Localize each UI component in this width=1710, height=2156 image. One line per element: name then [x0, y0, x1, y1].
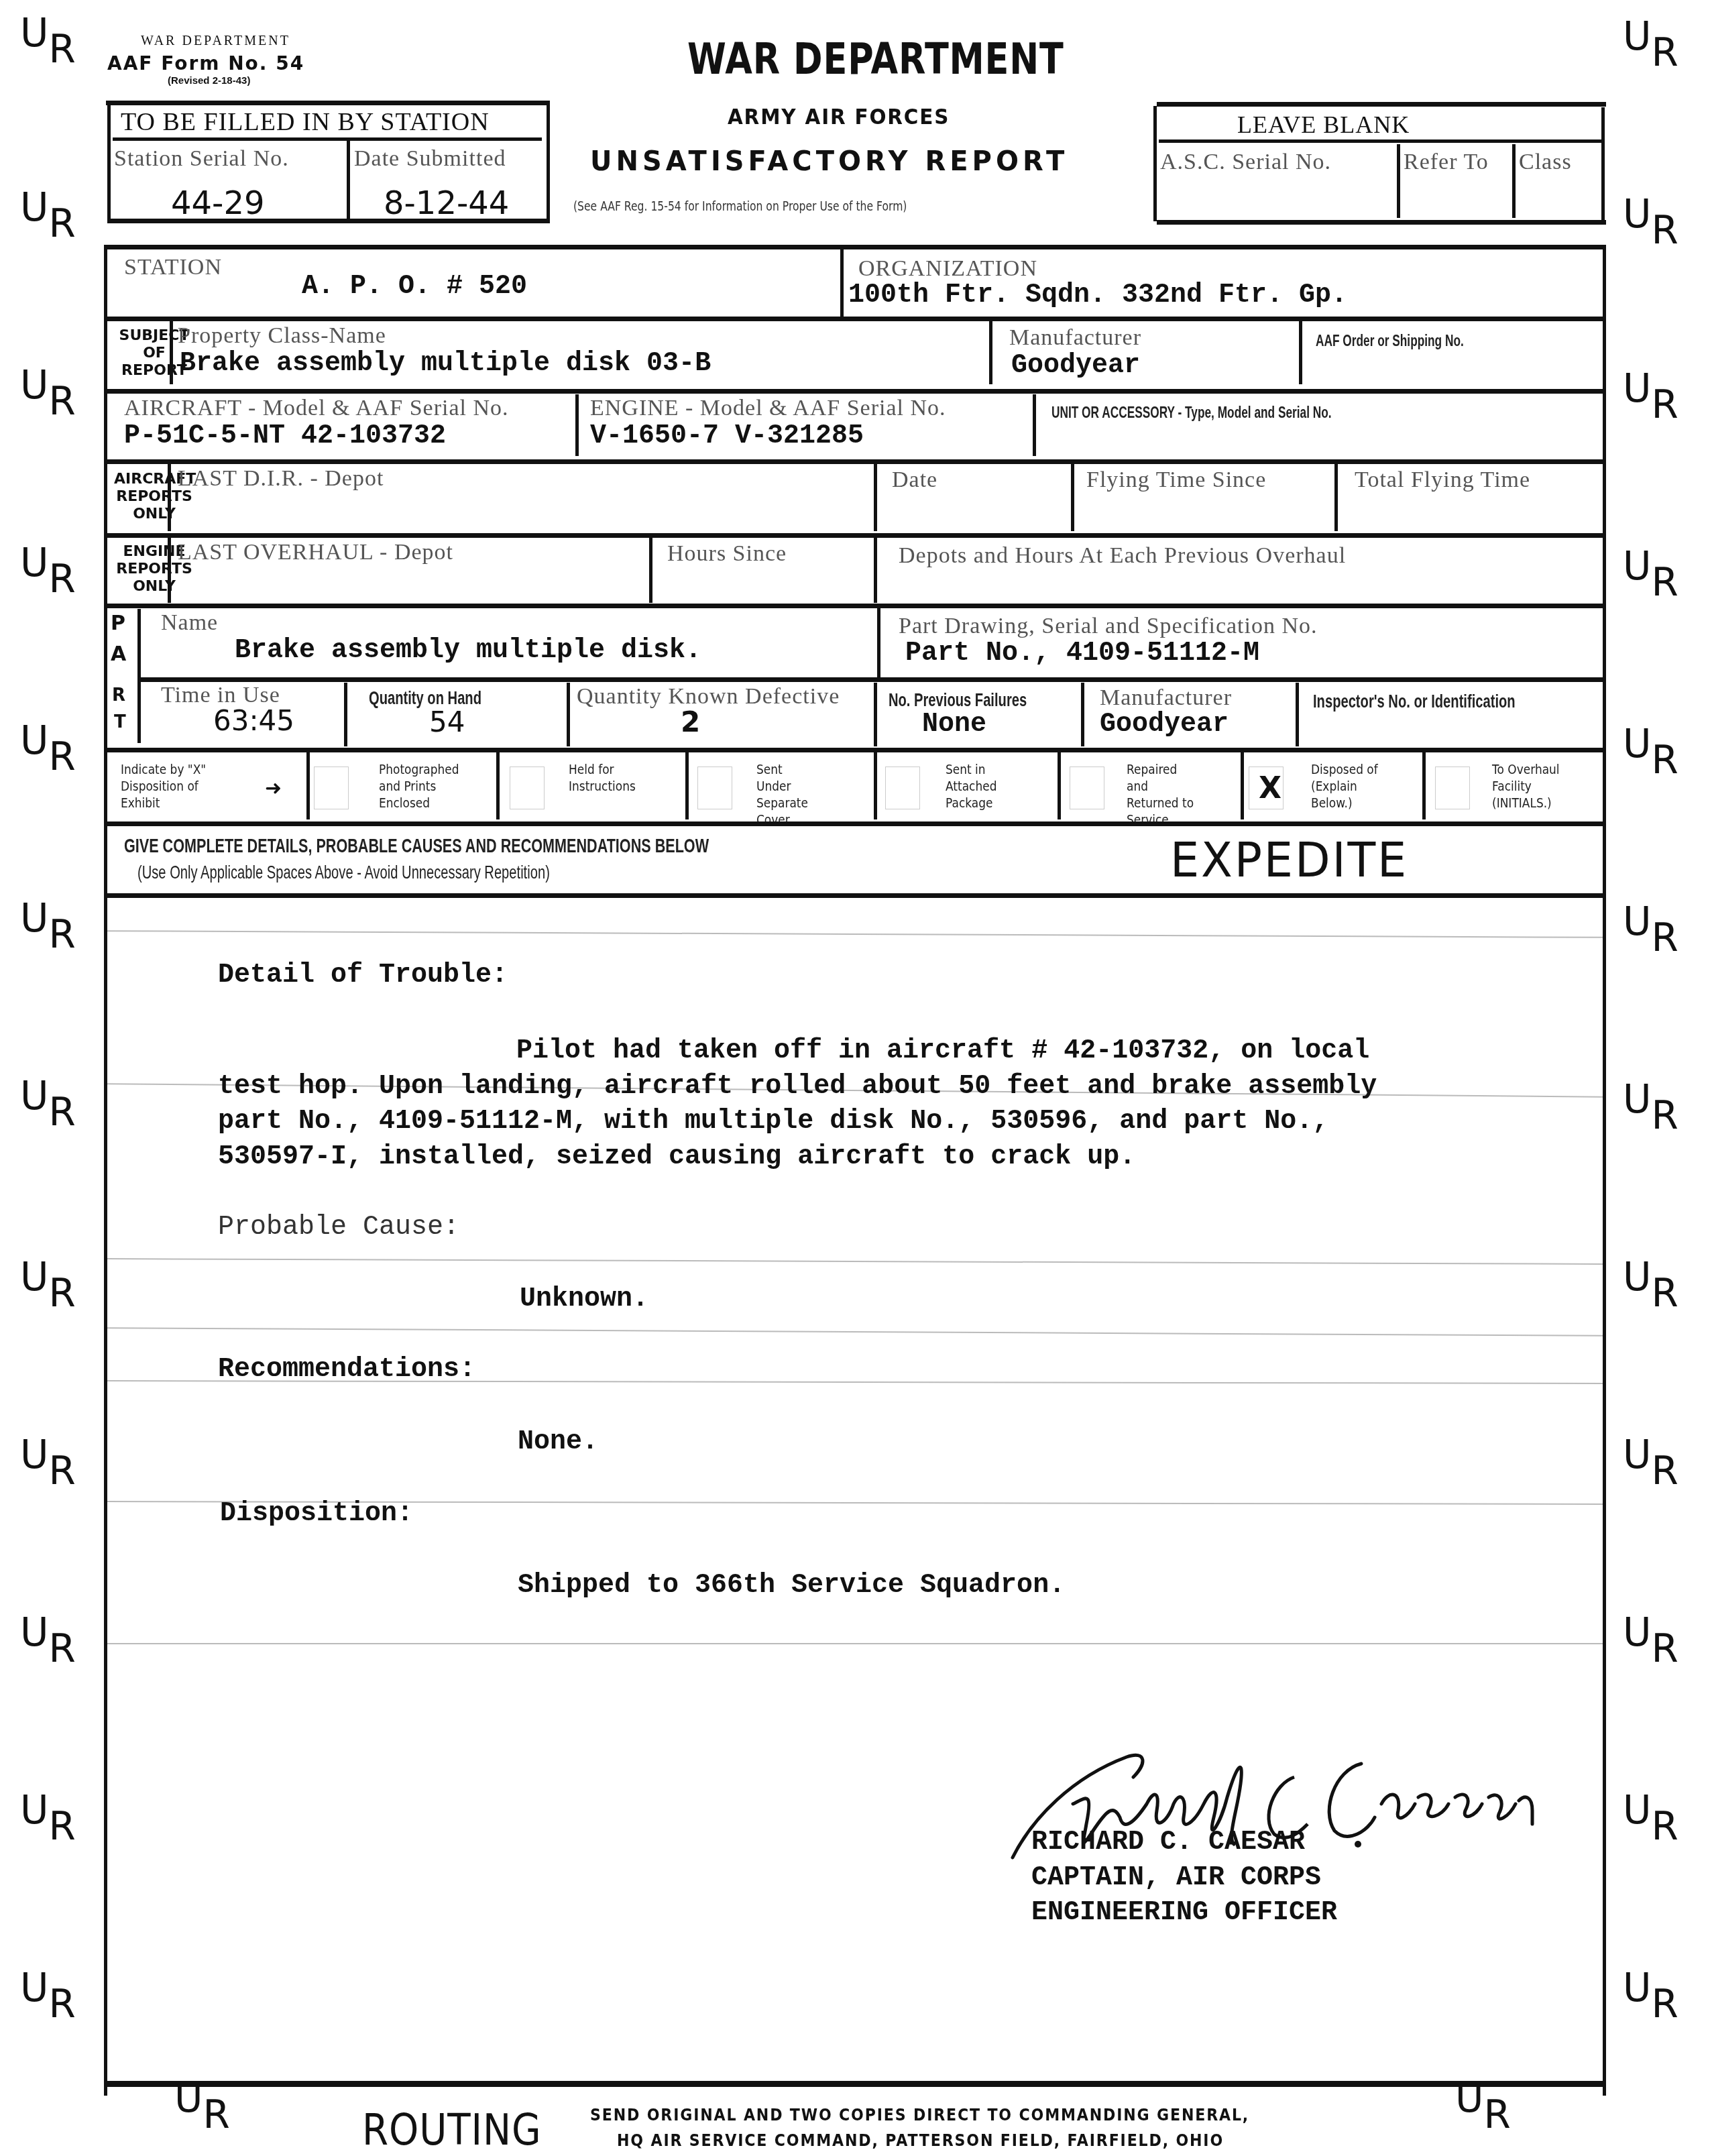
routing-line2: HQ AIR SERVICE COMMAND, PATTERSON FIELD,…	[617, 2131, 1224, 2150]
qty-defective-label: Quantity Known Defective	[577, 684, 840, 710]
disposition-option: Held for Instructions	[569, 761, 648, 795]
instructions-line2: (Use Only Applicable Spaces Above - Avoi…	[137, 862, 550, 883]
header-note: (See AAF Reg. 15-54 for Information on P…	[573, 198, 907, 214]
form-number: AAF Form No. 54	[107, 52, 304, 74]
routing-label: ROUTING	[362, 2106, 542, 2155]
disposition-intro: Indicate by "X" Disposition of Exhibit	[121, 761, 218, 811]
part-manufacturer-label: Manufacturer	[1100, 685, 1232, 711]
header-title: WAR DEPARTMENT	[687, 35, 1064, 84]
ur-marker: UR	[1623, 547, 1678, 585]
dept-small-label: WAR DEPARTMENT	[141, 34, 290, 49]
part-manufacturer-value[interactable]: Goodyear	[1100, 710, 1229, 740]
ur-marker: UR	[20, 1968, 76, 2007]
ur-marker: UR	[20, 13, 76, 52]
ur-marker: UR	[20, 721, 76, 760]
ur-marker: UR	[20, 899, 76, 938]
part-side-letter: T	[114, 712, 126, 732]
flying-time-since-label: Flying Time Since	[1086, 467, 1266, 493]
ur-marker: UR	[1623, 1613, 1678, 1652]
asc-serial-label: A.S.C. Serial No.	[1160, 150, 1331, 175]
dir-date-label: Date	[892, 467, 937, 493]
time-in-use-value[interactable]: 63:45	[213, 704, 294, 737]
disposition-option: Photographed and Prints Enclosed	[379, 761, 476, 811]
aircraft-value[interactable]: P-51C-5-NT 42-103732	[124, 421, 446, 451]
arrow-right-icon: ➜	[265, 777, 282, 800]
disposition-option: To Overhaul Facility (INITIALS.)	[1492, 761, 1572, 811]
part-side-letter: A	[111, 642, 126, 666]
station-label: STATION	[124, 255, 222, 280]
part-side-letter: R	[112, 685, 125, 705]
ur-marker: UR	[1623, 1435, 1678, 1474]
disposition-checkbox[interactable]	[1435, 767, 1470, 809]
engine-value[interactable]: V-1650-7 V-321285	[590, 421, 864, 451]
date-submitted-value[interactable]: 8-12-44	[384, 184, 509, 222]
instructions-line1: GIVE COMPLETE DETAILS, PROBABLE CAUSES A…	[124, 835, 709, 858]
part-drawing-value[interactable]: Part No., 4109-51112-M	[905, 638, 1259, 669]
previous-failures-value[interactable]: None	[922, 710, 986, 740]
cause-value: Unknown.	[520, 1284, 648, 1314]
disposition-checkbox[interactable]	[885, 767, 920, 809]
routing-line1: SEND ORIGINAL AND TWO COPIES DIRECT TO C…	[590, 2106, 1249, 2124]
header-subtitle: ARMY AIR FORCES	[728, 104, 950, 129]
disposition-option: Repaired and Returned to Service	[1127, 761, 1201, 828]
ur-marker: UR	[1623, 1791, 1678, 1829]
recommendations-heading: Recommendations:	[218, 1355, 475, 1385]
class-label: Class	[1519, 150, 1572, 175]
ur-marker: UR	[1623, 1257, 1678, 1296]
header-report-title: UNSATISFACTORY REPORT	[590, 146, 1068, 177]
detail-heading: Detail of Trouble:	[218, 960, 508, 990]
ur-marker: UR	[1623, 369, 1678, 408]
last-overhaul-label: LAST OVERHAUL - Depot	[178, 540, 453, 565]
aircraft-label: AIRCRAFT - Model & AAF Serial No.	[124, 396, 509, 421]
detail-line: Pilot had taken off in aircraft # 42-103…	[516, 1036, 1369, 1066]
order-shipping-label: AAF Order or Shipping No.	[1316, 332, 1464, 351]
form-right-border	[1603, 245, 1606, 2096]
ur-marker: UR	[1623, 17, 1678, 56]
expedite-stamp: EXPEDITE	[1170, 832, 1408, 888]
detail-line: 530597-I, installed, seized causing airc…	[218, 1142, 1135, 1172]
part-drawing-label: Part Drawing, Serial and Specification N…	[899, 614, 1318, 639]
form-revised: (Revised 2-18-43)	[168, 75, 250, 87]
ur-marker: UR	[20, 1257, 76, 1296]
ur-marker: UR	[20, 1435, 76, 1474]
depots-hours-label: Depots and Hours At Each Previous Overha…	[899, 543, 1346, 569]
manufacturer-value[interactable]: Goodyear	[1011, 351, 1140, 381]
hours-since-label: Hours Since	[667, 541, 787, 567]
disposition-checkbox[interactable]	[1070, 767, 1104, 809]
manufacturer-label: Manufacturer	[1009, 325, 1141, 351]
inspector-label: Inspector's No. or Identification	[1313, 691, 1516, 712]
organization-label: ORGANIZATION	[858, 256, 1037, 282]
unit-accessory-label: UNIT OR ACCESSORY - Type, Model and Seri…	[1051, 404, 1332, 422]
disposition-heading: Disposition:	[220, 1499, 413, 1529]
station-serial-value[interactable]: 44-29	[171, 184, 264, 222]
property-class-value[interactable]: Brake assembly multiple disk 03-B	[180, 349, 711, 379]
ur-marker: UR	[20, 1791, 76, 1829]
disposition-option: Sent in Attached Package	[946, 761, 1009, 811]
recommendations-value: None.	[518, 1427, 598, 1457]
refer-to-label: Refer To	[1404, 150, 1489, 175]
part-name-value[interactable]: Brake assembly multiple disk.	[235, 636, 701, 666]
disposition-option: Sent Under Separate Cover	[756, 761, 819, 828]
qty-on-hand-value[interactable]: 54	[429, 705, 465, 738]
cause-heading: Probable Cause:	[218, 1212, 459, 1243]
disposition-checkbox[interactable]	[314, 767, 349, 809]
station-box-heading: TO BE FILLED IN BY STATION	[121, 107, 490, 137]
disposition-value: Shipped to 366th Service Squadron.	[518, 1571, 1065, 1601]
ur-marker: UR	[20, 1076, 76, 1115]
engine-label: ENGINE - Model & AAF Serial No.	[590, 396, 946, 421]
ur-marker: UR	[1623, 194, 1678, 233]
ur-marker: UR	[1623, 902, 1678, 941]
ur-marker: UR	[20, 543, 76, 582]
leave-blank-heading: LEAVE BLANK	[1237, 111, 1410, 139]
organization-value[interactable]: 100th Ftr. Sqdn. 332nd Ftr. Gp.	[848, 280, 1347, 310]
form-top-border	[106, 245, 1605, 249]
form-bottom-border	[104, 2081, 1606, 2087]
disposition-checkbox[interactable]	[510, 767, 545, 809]
total-flying-time-label: Total Flying Time	[1355, 467, 1530, 493]
station-value[interactable]: A. P. O. # 520	[302, 272, 527, 302]
part-side-letter: P	[111, 612, 125, 635]
detail-line: part No., 4109-51112-M, with multiple di…	[218, 1107, 1328, 1137]
signer-name: RICHARD C. CAESAR	[1031, 1827, 1305, 1858]
previous-failures-label: No. Previous Failures	[889, 689, 1027, 711]
part-name-label: Name	[161, 610, 218, 636]
ur-marker: UR	[20, 188, 76, 227]
property-class-label: Property Class-Name	[178, 323, 386, 349]
disposition-option: Disposed of (Explain Below.)	[1311, 761, 1379, 811]
ur-marker: UR	[20, 365, 76, 404]
x-check-mark: X	[1259, 771, 1281, 805]
signer-title: ENGINEERING OFFICER	[1031, 1898, 1337, 1928]
last-dir-label: LAST D.I.R. - Depot	[178, 466, 384, 492]
ur-marker: UR	[1623, 1968, 1678, 2007]
qty-defective-value[interactable]: 2	[681, 705, 700, 738]
detail-line: test hop. Upon landing, aircraft rolled …	[218, 1072, 1377, 1102]
ur-marker: UR	[20, 1613, 76, 1652]
ur-marker: UR	[1623, 724, 1678, 763]
signer-rank: CAPTAIN, AIR CORPS	[1031, 1863, 1321, 1893]
date-submitted-label: Date Submitted	[354, 146, 506, 172]
disposition-checkbox[interactable]	[697, 767, 732, 809]
ur-marker: UR	[1623, 1080, 1678, 1119]
station-serial-label: Station Serial No.	[114, 146, 289, 172]
form-left-border	[104, 245, 107, 2096]
